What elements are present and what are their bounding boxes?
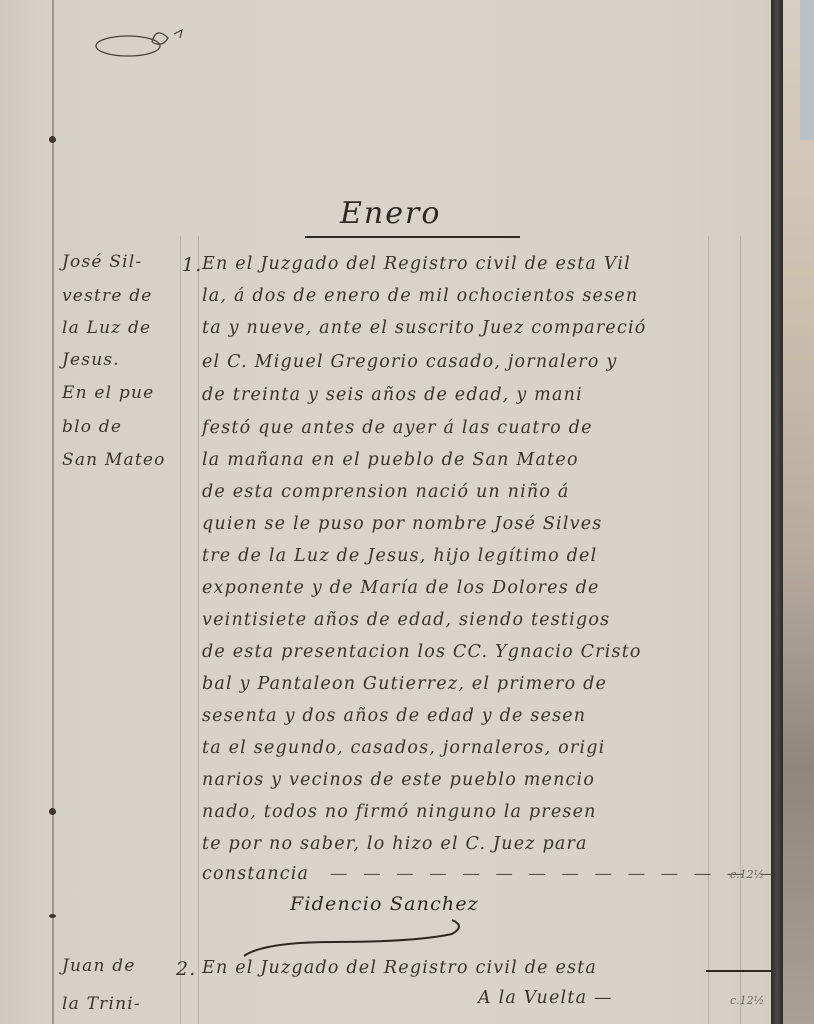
- body-line: ta el segundo, casados, jornaleros, orig…: [202, 738, 605, 758]
- page-fold-line: [52, 0, 54, 1024]
- folio-column-rule: [740, 236, 741, 1024]
- body-line: de esta presentacion los CC. Ygnacio Cri…: [202, 642, 642, 662]
- margin-line: la Luz de: [62, 318, 151, 338]
- body-line: quien se le puso por nombre José Silves: [202, 514, 602, 534]
- folio-note: c.12½: [730, 994, 764, 1007]
- body-line: constancia: [202, 864, 309, 884]
- heading-underline: [305, 236, 520, 238]
- body-line: la mañana en el pueblo de San Mateo: [202, 450, 579, 470]
- margin-line: San Mateo: [62, 450, 166, 470]
- body-line: En el Juzgado del Registro civil de esta: [202, 958, 597, 978]
- margin-line: En el pue: [62, 383, 154, 403]
- page-mark-flourish-icon: [90, 22, 200, 62]
- body-line: te por no saber, lo hizo el C. Juez para: [202, 834, 588, 854]
- body-line: sesenta y dos años de edad y de sesen: [202, 706, 586, 726]
- body-line: el C. Miguel Gregorio casado, jornalero …: [202, 352, 617, 372]
- body-line: de esta comprension nació un niño á: [202, 482, 570, 502]
- line-end-rule: [706, 970, 771, 972]
- ledger-page: Enero José Sil- vestre de la Luz de Jesu…: [0, 0, 776, 1024]
- number-column-rule: [198, 236, 199, 1024]
- fold-mark: [49, 136, 56, 143]
- body-line: exponente y de María de los Dolores de: [202, 578, 600, 598]
- margin-line: la Trini-: [62, 994, 141, 1014]
- signature-flourish-icon: [240, 912, 480, 960]
- margin-line: vestre de: [62, 286, 153, 306]
- body-line: festó que antes de ayer á las cuatro de: [202, 418, 593, 438]
- margin-line: Juan de: [62, 956, 136, 976]
- margin-column-rule: [180, 236, 181, 1024]
- body-line: narios y vecinos de este pueblo mencio: [202, 770, 595, 790]
- closing-dashes: — — — — — — — — — — — — — —: [330, 864, 782, 884]
- body-column-rule: [708, 236, 709, 1024]
- folio-note: c.12½: [730, 868, 764, 881]
- margin-line: José Sil-: [62, 252, 142, 272]
- worn-page-edge: [783, 0, 814, 1024]
- margin-line: Jesus.: [62, 350, 120, 370]
- continuation-note: A la Vuelta —: [478, 988, 613, 1008]
- body-line: En el Juzgado del Registro civil de esta…: [202, 254, 631, 274]
- body-line: veintisiete años de edad, siendo testigo…: [202, 610, 610, 630]
- fold-mark: [49, 808, 56, 815]
- month-heading: Enero: [340, 196, 441, 231]
- body-line: nado, todos no firmó ninguno la presen: [202, 802, 597, 822]
- entry-number: 2.: [176, 958, 197, 980]
- body-line: de treinta y seis años de edad, y mani: [202, 385, 583, 405]
- entry-number: 1.: [182, 254, 203, 276]
- fold-mark: [49, 914, 56, 918]
- body-line: la, á dos de enero de mil ochocientos se…: [202, 286, 638, 306]
- body-line: bal y Pantaleon Gutierrez, el primero de: [202, 674, 607, 694]
- book-binding-edge: [771, 0, 783, 1024]
- body-line: tre de la Luz de Jesus, hijo legítimo de…: [202, 546, 597, 566]
- margin-line: blo de: [62, 417, 122, 437]
- body-line: ta y nueve, ante el suscrito Juez compar…: [202, 318, 647, 338]
- background-strip: [800, 0, 814, 140]
